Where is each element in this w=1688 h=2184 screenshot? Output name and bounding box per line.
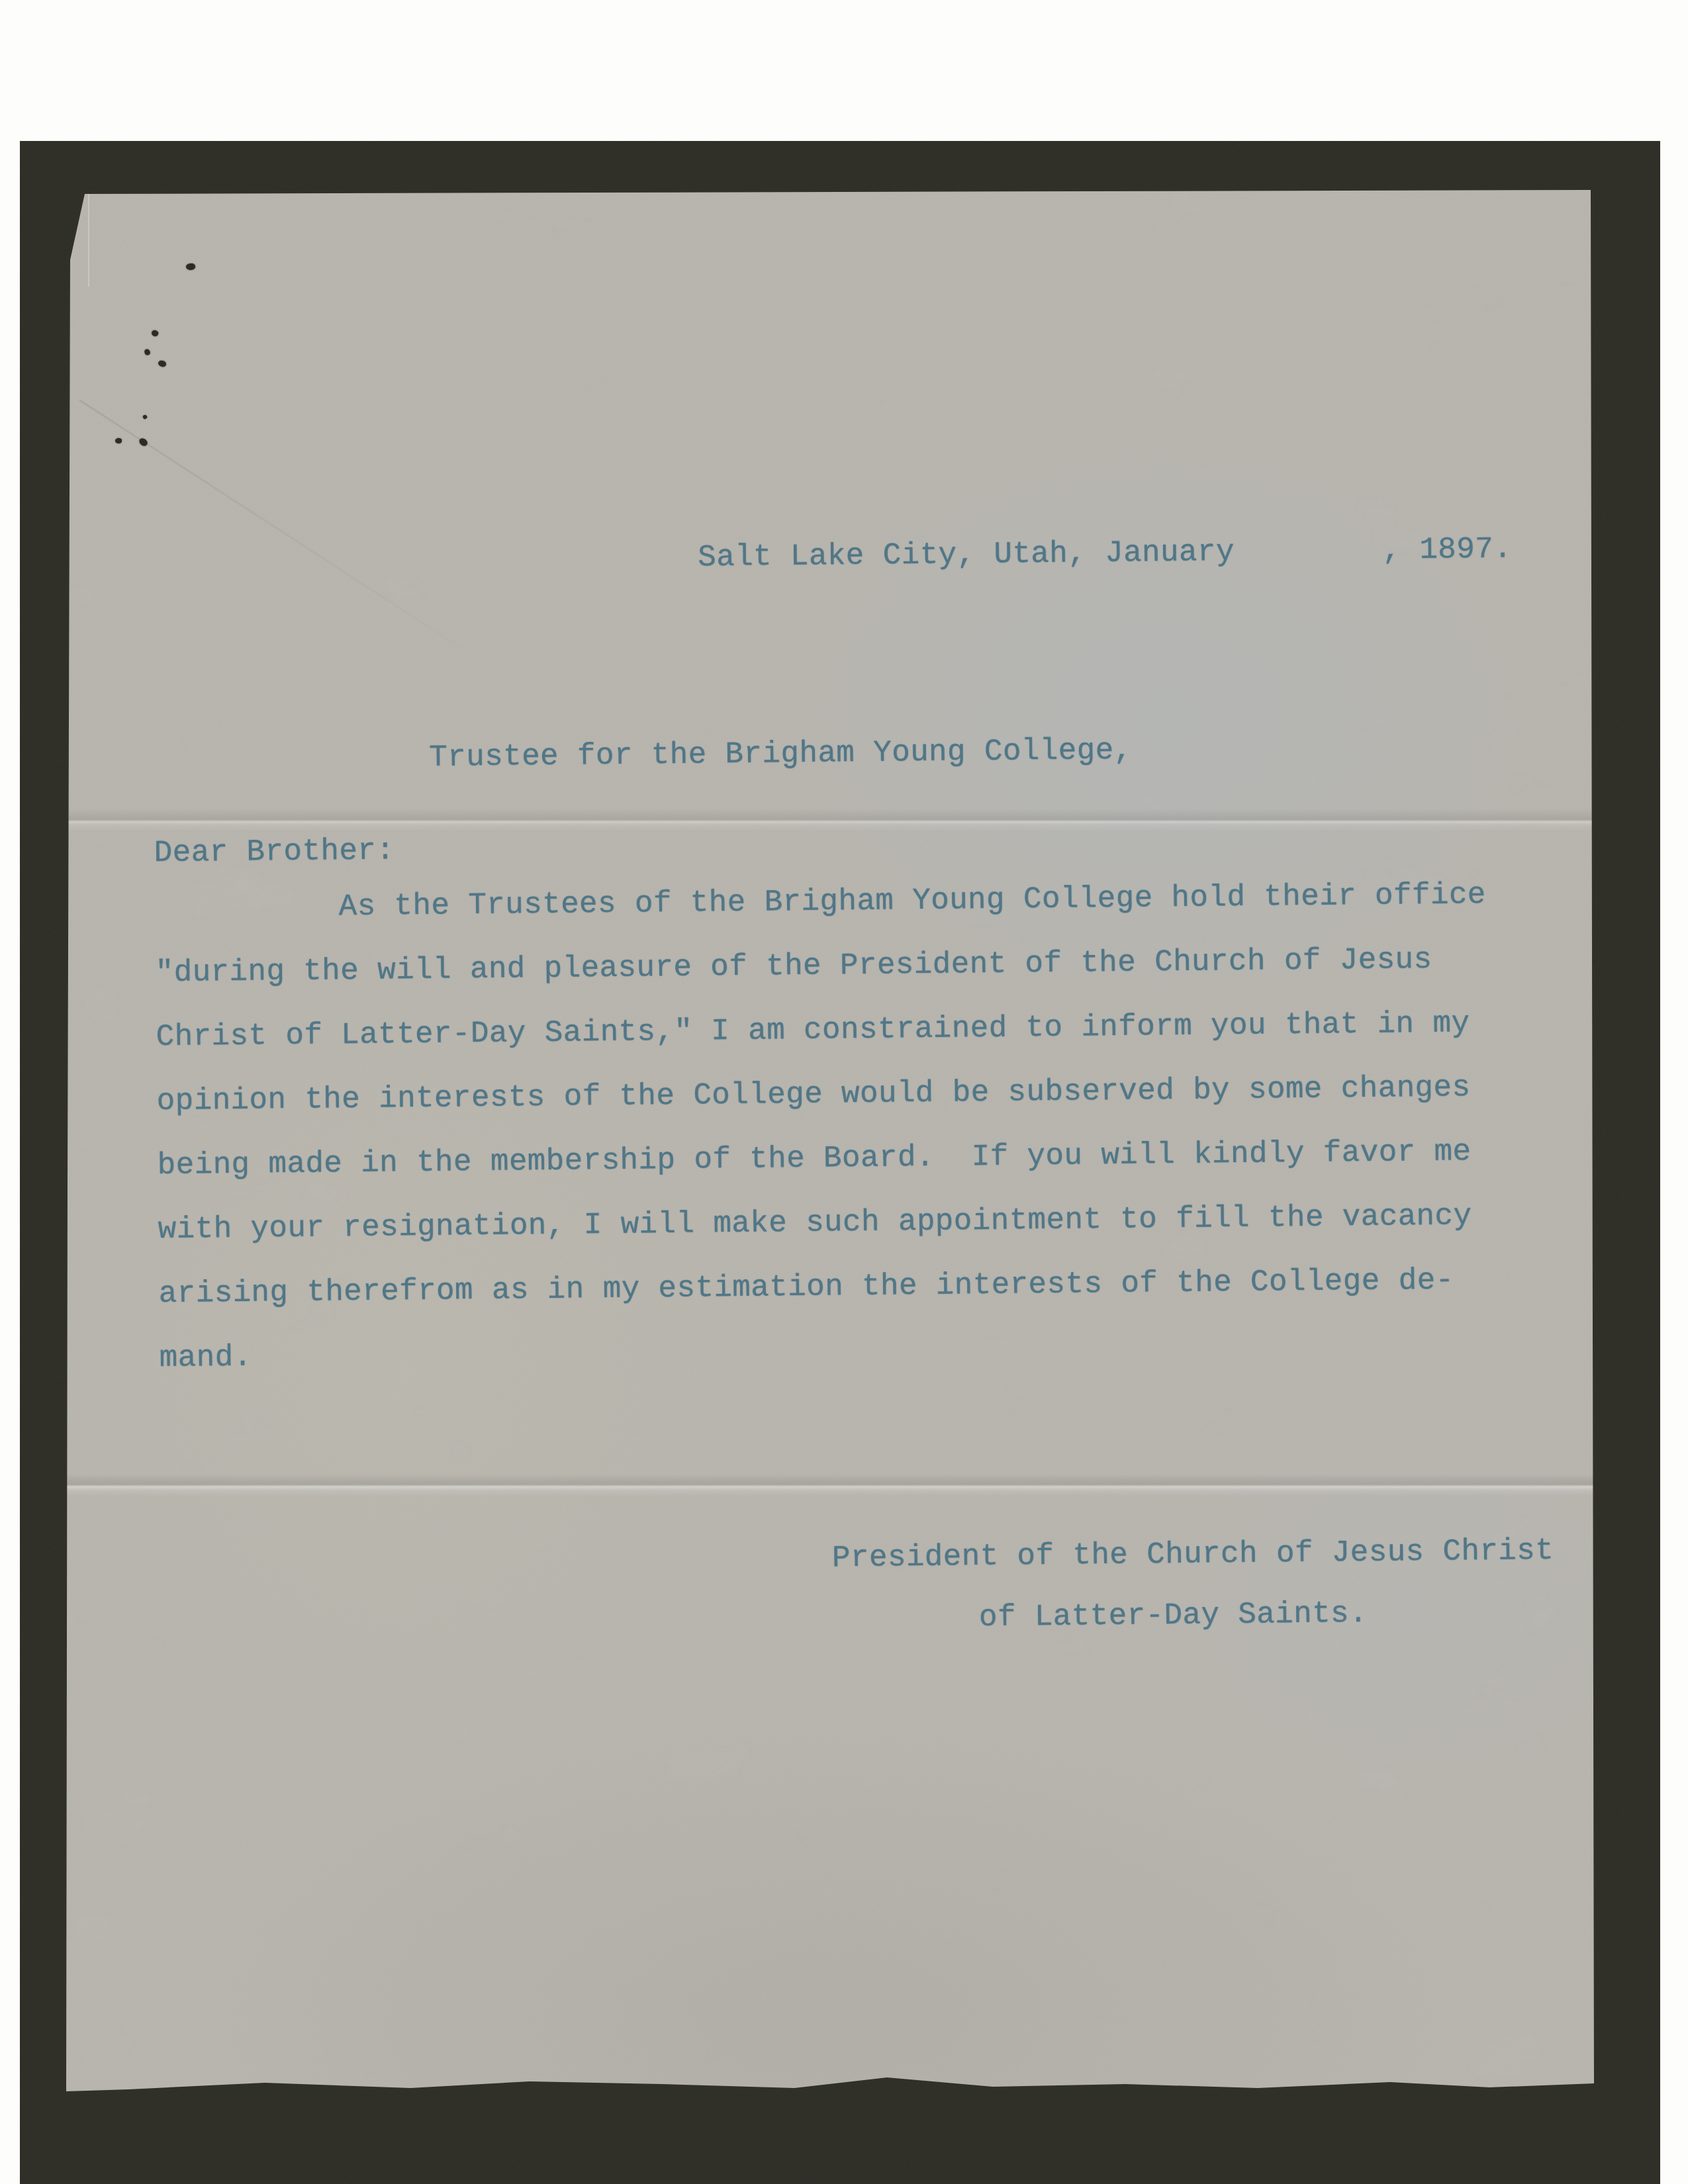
letter-line: Trustee for the Brigham Young College, xyxy=(429,733,1133,775)
typewritten-text-block: Salt Lake City, Utah, January , 1897.Tru… xyxy=(54,173,1602,2093)
letter-line: with your resignation, I will make such … xyxy=(158,1199,1472,1247)
letter-line: Salt Lake City, Utah, January , 1897. xyxy=(698,532,1512,575)
letter-line: As the Trustees of the Brigham Young Col… xyxy=(338,878,1486,924)
letter-line: arising therefrom as in my estimation th… xyxy=(158,1263,1454,1311)
letter-line: Christ of Latter-Day Saints," I am const… xyxy=(156,1006,1470,1054)
scanned-letter-page: Salt Lake City, Utah, January , 1897.Tru… xyxy=(0,0,1688,2184)
letter-line: being made in the membership of the Boar… xyxy=(157,1134,1471,1183)
pin-hole-mark xyxy=(186,263,195,270)
letter-line: Dear Brother: xyxy=(154,833,395,870)
letter-paper: Salt Lake City, Utah, January , 1897.Tru… xyxy=(66,187,1594,2091)
letter-line: of Latter-Day Saints. xyxy=(979,1596,1368,1635)
letter-line: mand. xyxy=(159,1340,252,1375)
letter-line: opinion the interests of the College wou… xyxy=(156,1070,1470,1118)
letter-line: "during the will and pleasure of the Pre… xyxy=(155,942,1432,990)
letter-line: President of the Church of Jesus Christ xyxy=(832,1533,1554,1575)
